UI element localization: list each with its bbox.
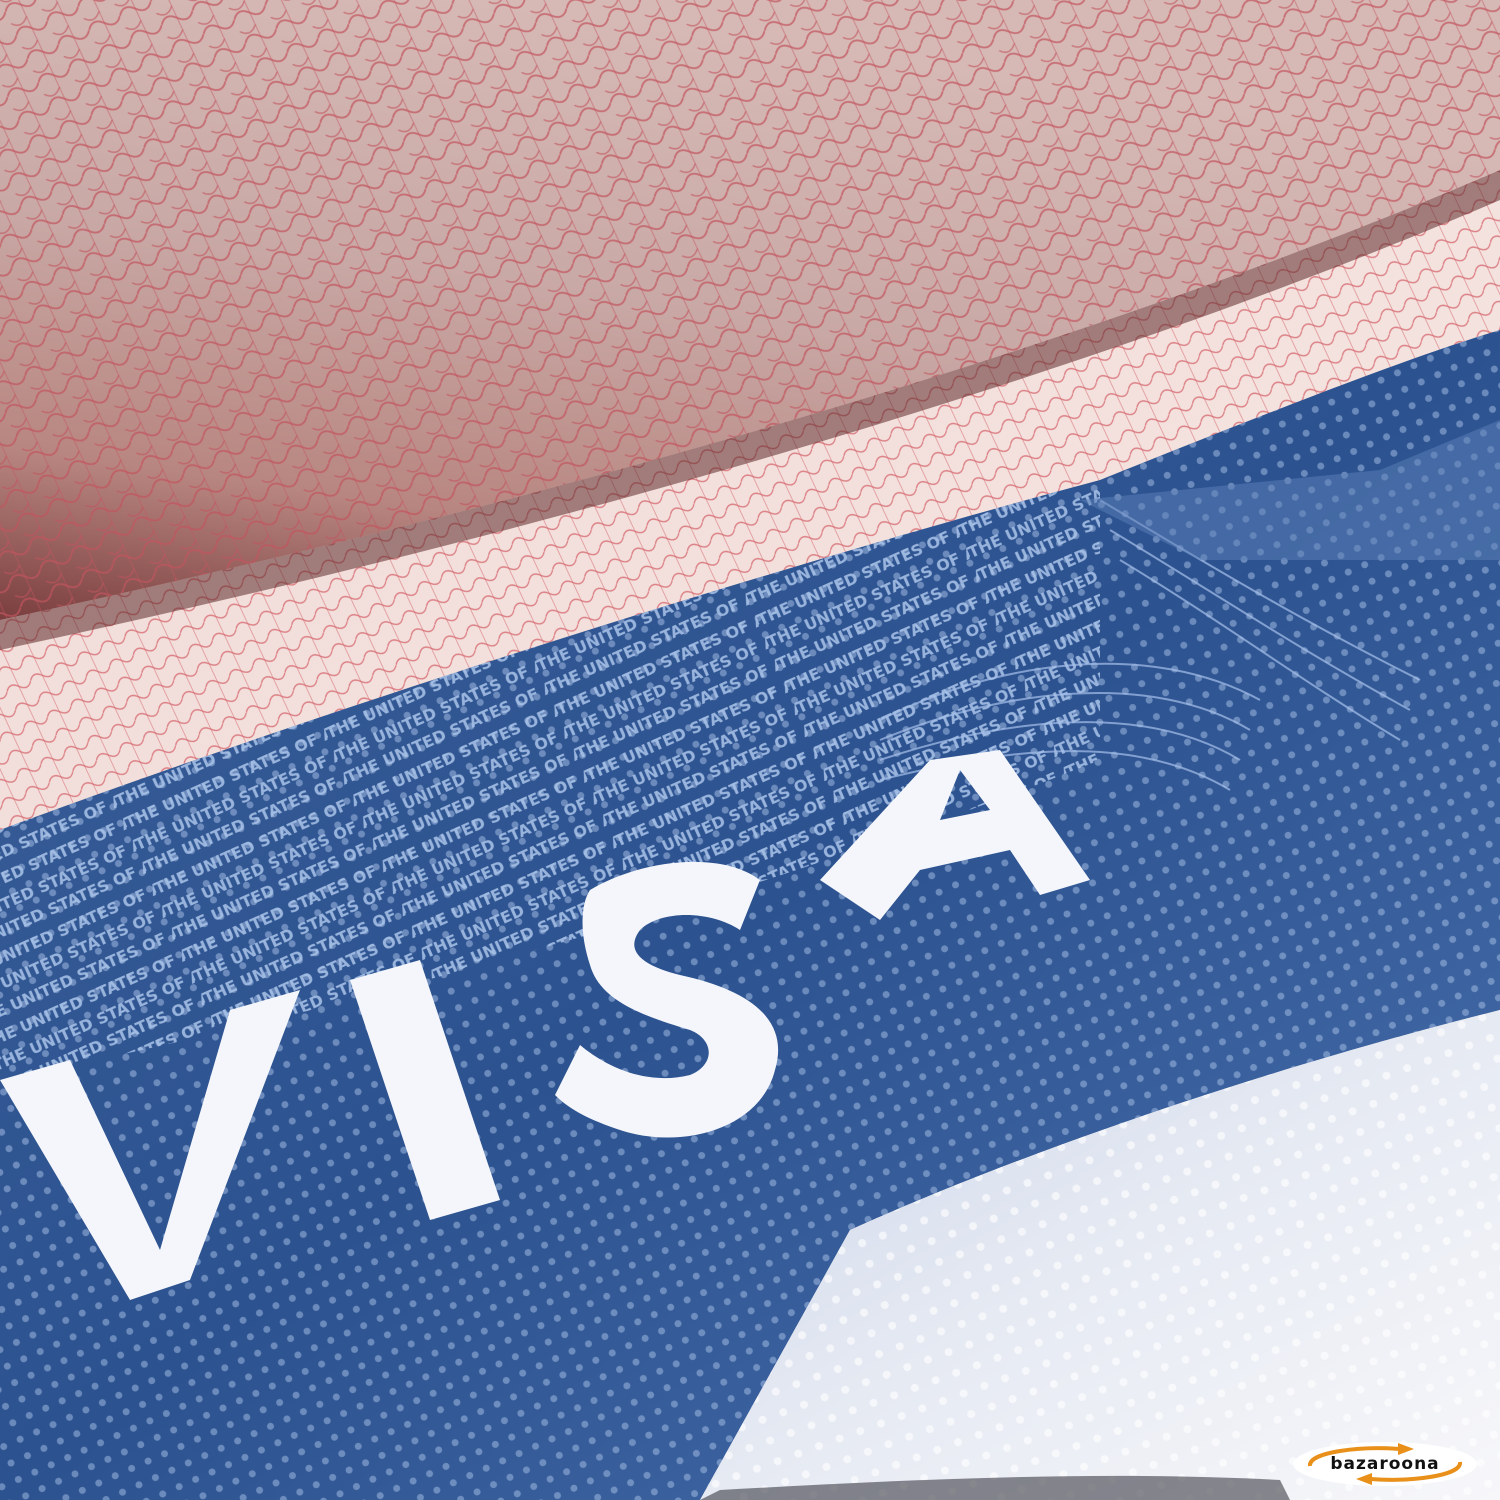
bazaroona-logo: bazaroona [1290, 1440, 1480, 1488]
brand-name: bazaroona [1290, 1440, 1480, 1488]
visa-photo: THE UNITED STATES OF AMERICA [0, 0, 1500, 1500]
visa-photo-illustration: THE UNITED STATES OF AMERICA [0, 0, 1500, 1500]
